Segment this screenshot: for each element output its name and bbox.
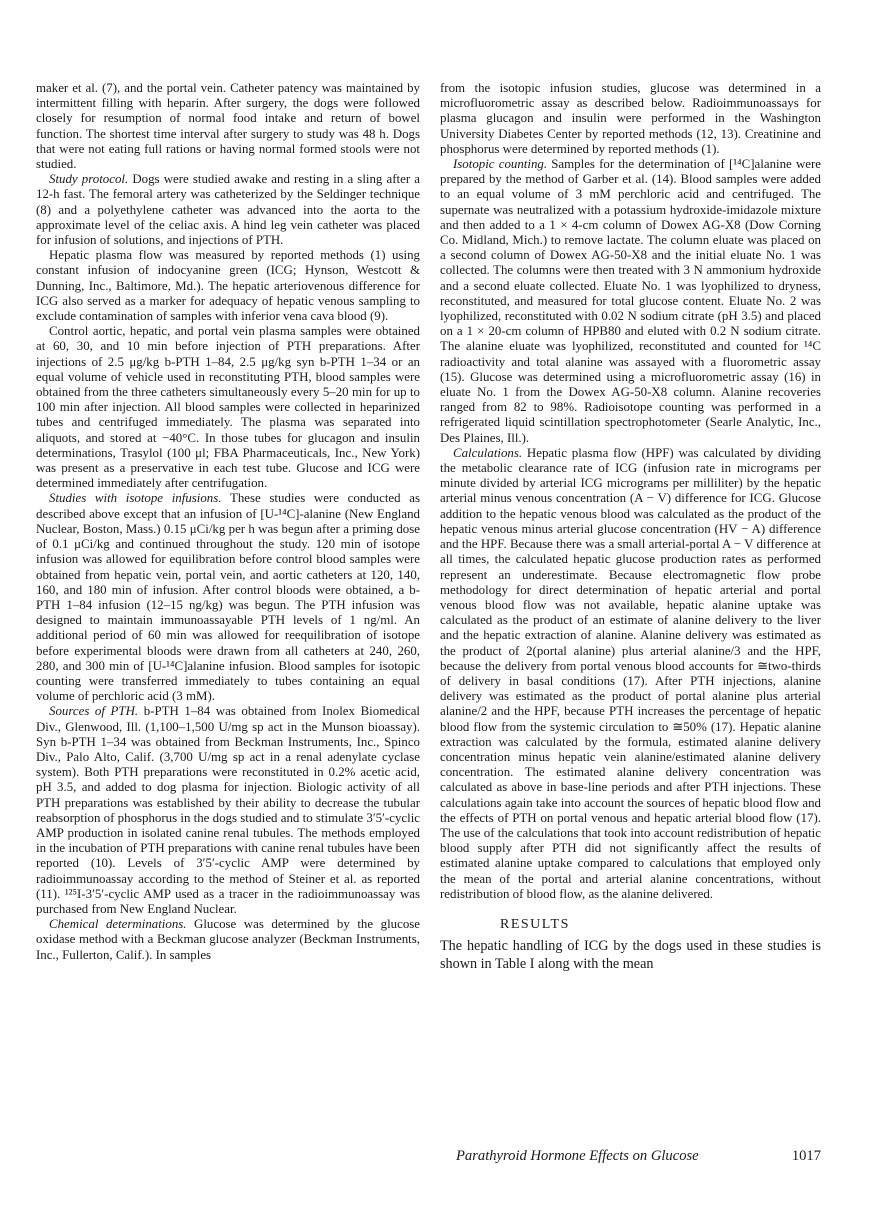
- paragraph-catheter-patency: maker et al. (7), and the portal vein. C…: [36, 81, 420, 172]
- run-in-heading: Chemical determinations.: [49, 917, 187, 931]
- paragraph-calculations: Calculations. Hepatic plasma flow (HPF) …: [440, 446, 821, 902]
- run-in-heading: Studies with isotope infusions.: [49, 491, 222, 505]
- run-in-heading: Isotopic counting.: [453, 157, 547, 171]
- run-in-heading: Sources of PTH.: [49, 704, 138, 718]
- paragraph-isotope-infusions: Studies with isotope infusions. These st…: [36, 491, 420, 704]
- running-title: Parathyroid Hormone Effects on Glucose: [456, 1148, 699, 1165]
- section-heading-results: RESULTS: [500, 917, 821, 932]
- paragraph-sources-of-pth: Sources of PTH. b-PTH 1–84 was obtained …: [36, 704, 420, 917]
- paragraph-results: The hepatic handling of ICG by the dogs …: [440, 938, 821, 973]
- paragraph-radioimmunoassays: from the isotopic infusion studies, gluc…: [440, 81, 821, 157]
- paragraph-study-protocol: Study protocol. Dogs were studied awake …: [36, 172, 420, 248]
- left-column: maker et al. (7), and the portal vein. C…: [36, 81, 420, 963]
- right-column: from the isotopic infusion studies, gluc…: [440, 81, 821, 973]
- run-in-heading: Calculations.: [453, 446, 522, 460]
- paragraph-control-samples: Control aortic, hepatic, and portal vein…: [36, 324, 420, 491]
- paragraph-hepatic-plasma-flow: Hepatic plasma flow was measured by repo…: [36, 248, 420, 324]
- paragraph-chemical-determinations: Chemical determinations. Glucose was det…: [36, 917, 420, 963]
- run-in-heading: Study protocol.: [49, 172, 128, 186]
- paragraph-isotopic-counting: Isotopic counting. Samples for the deter…: [440, 157, 821, 446]
- page-number: 1017: [792, 1148, 821, 1165]
